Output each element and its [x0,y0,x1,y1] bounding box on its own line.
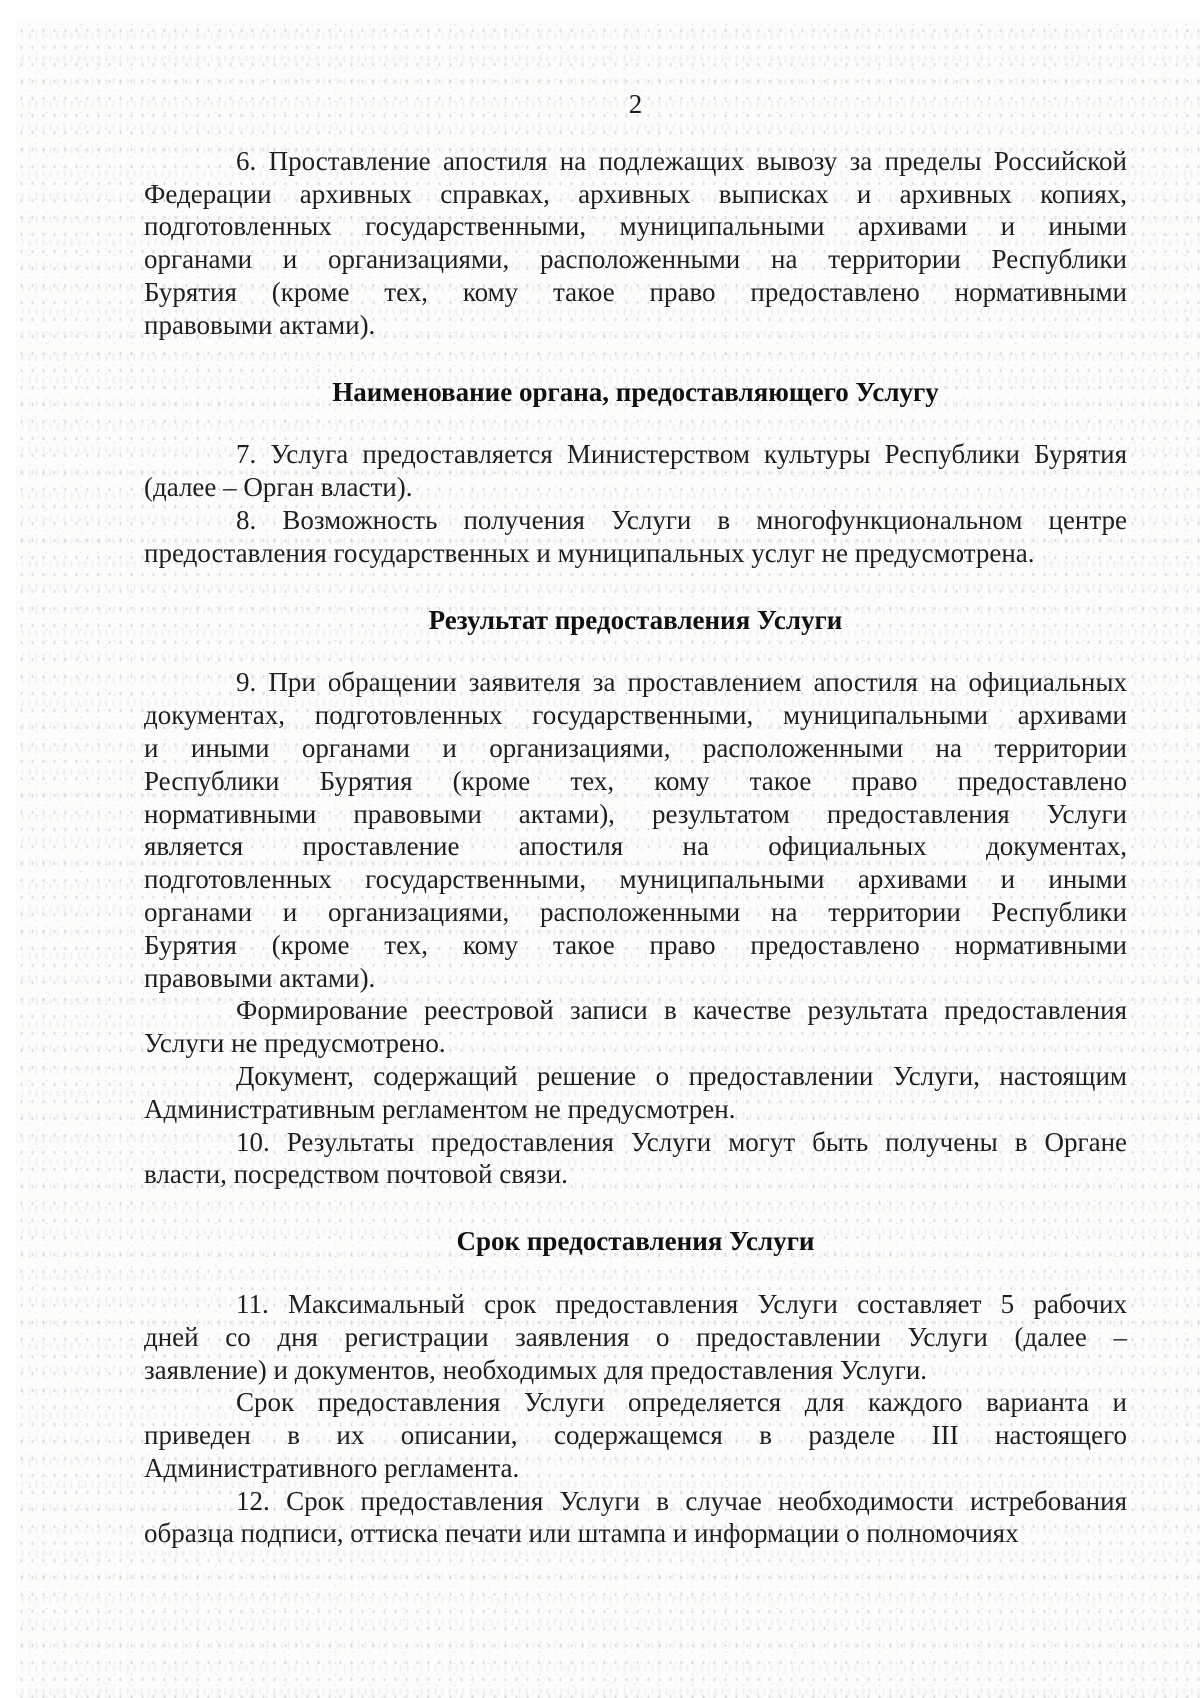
paragraph-line: Срок предоставления Услуги определяется … [144,1386,1127,1419]
paragraph: Формирование реестровой записи в качеств… [144,994,1127,1060]
paragraph-line: Формирование реестровой записи в качеств… [144,994,1127,1027]
section-heading: Результат предоставления Услуги [144,604,1127,637]
paragraph-line: органами и организациями, расположенными… [144,243,1127,276]
paragraph-line: приведен в их описании, содержащемся в р… [144,1419,1127,1452]
paragraph-line: (далее – Орган власти). [144,471,1127,504]
paragraph-line: Республики Бурятия (кроме тех, кому тако… [144,765,1127,798]
paragraph-line: Федерации архивных справках, архивных вы… [144,178,1127,211]
paragraph-line: образца подписи, оттиска печати или штам… [144,1517,1127,1550]
paragraph: 6. Проставление апостиля на подлежащих в… [144,145,1127,342]
paragraph-line: правовыми актами). [144,962,1127,995]
paragraph-line: Услуги не предусмотрено. [144,1027,1127,1060]
section-heading: Наименование органа, предоставляющего Ус… [144,376,1127,409]
paragraph: Срок предоставления Услуги определяется … [144,1386,1127,1484]
document-body: 6. Проставление апостиля на подлежащих в… [144,145,1127,1550]
paragraph: 9. При обращении заявителя за проставлен… [144,666,1127,994]
paragraph-line: 10. Результаты предоставления Услуги мог… [144,1126,1127,1159]
paragraph-line: нормативными правовыми актами), результа… [144,798,1127,831]
paragraph-line: предоставления государственных и муницип… [144,537,1127,570]
paragraph-line: и иными органами и организациями, распол… [144,732,1127,765]
paragraph-line: Административного регламента. [144,1452,1127,1485]
paragraph-line: 7. Услуга предоставляется Министерством … [144,438,1127,471]
paragraph: 12. Срок предоставления Услуги в случае … [144,1485,1127,1551]
paragraph-line: подготовленных государственными, муницип… [144,863,1127,896]
paragraph-line: 9. При обращении заявителя за проставлен… [144,666,1127,699]
paragraph: 10. Результаты предоставления Услуги мог… [144,1126,1127,1192]
paragraph-line: Административным регламентом не предусмо… [144,1093,1127,1126]
paragraph-line: правовыми актами). [144,309,1127,342]
paragraph-line: подготовленных государственными, муницип… [144,210,1127,243]
paragraph-line: является проставление апостиля на официа… [144,830,1127,863]
paragraph-line: органами и организациями, расположенными… [144,896,1127,929]
paragraph: 8. Возможность получения Услуги в многоф… [144,504,1127,570]
paragraph: 7. Услуга предоставляется Министерством … [144,438,1127,504]
paragraph-line: заявление) и документов, необходимых для… [144,1354,1127,1387]
document-page: 2 6. Проставление апостиля на подлежащих… [144,0,1127,1550]
paragraph-line: 11. Максимальный срок предоставления Усл… [144,1288,1127,1321]
page-number: 2 [144,88,1127,121]
paragraph-line: 12. Срок предоставления Услуги в случае … [144,1485,1127,1518]
paragraph-line: дней со дня регистрации заявления о пред… [144,1321,1127,1354]
paragraph: Документ, содержащий решение о предостав… [144,1060,1127,1126]
section-heading: Срок предоставления Услуги [144,1225,1127,1258]
paragraph-line: власти, посредством почтовой связи. [144,1158,1127,1191]
paragraph-line: документах, подготовленных государственн… [144,699,1127,732]
paragraph-line: Документ, содержащий решение о предостав… [144,1060,1127,1093]
paragraph-line: Бурятия (кроме тех, кому такое право пре… [144,929,1127,962]
paragraph-line: Бурятия (кроме тех, кому такое право пре… [144,276,1127,309]
paragraph-line: 6. Проставление апостиля на подлежащих в… [144,145,1127,178]
paragraph: 11. Максимальный срок предоставления Усл… [144,1288,1127,1386]
paragraph-line: 8. Возможность получения Услуги в многоф… [144,504,1127,537]
